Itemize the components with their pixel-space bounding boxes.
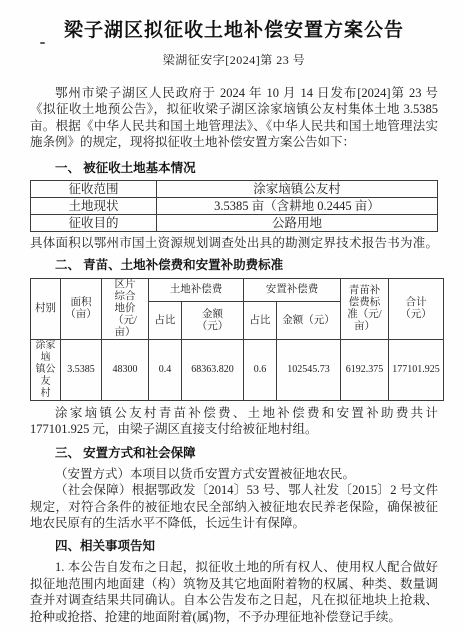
cell-area: 3.5385 [61,340,102,401]
doc-title: 梁子湖区拟征收土地补偿安置方案公告 [30,15,438,42]
col-header-land-amount: 金额 （元） [182,302,244,340]
section3-paragraph-1: （安置方式）本项目以货币安置方式安置被征地农民。 [30,466,438,482]
col-header-area: 面积 （亩） [61,279,102,340]
col-header-land-comp-group: 土地补偿费 [149,279,244,302]
col-header-village: 村别 [31,279,61,340]
col-header-total: 合计 （元） [389,279,444,340]
row-label: 征收范围 [31,180,157,197]
col-header-resettle-amount: 金额（元） [277,302,341,340]
row-value: 3.5385 亩（含耕地 0.2445 亩） [157,197,438,214]
cell-land-ratio: 0.4 [149,340,182,401]
col-header-land-ratio: 占比 [149,302,182,340]
doc-number: 梁湖征安字[2024]第 23 号 [30,51,438,68]
cell-district-price: 48300 [102,340,149,401]
cell-village: 涂家垴 镇公友 村 [31,340,61,401]
section4-paragraph-1: 1. 本公告自发布之日起，拟征收土地的所有权人、使用权人配合做好拟征地范围内地面… [30,559,438,625]
document-page: 梁子湖区拟征收土地补偿安置方案公告 梁湖征安字[2024]第 23 号 鄂州市梁… [0,0,465,633]
compensation-standard-table: 村别 面积 （亩） 区片 综合 地价 （元/ 亩） 土地补偿费 安置补偿费 青苗… [30,278,444,401]
section4-heading: 四、相关事项告知 [30,538,438,554]
col-header-resettle-group: 安置补偿费 [244,279,341,302]
section1-note: 具体面积以鄂州市国土资源规划调查处出具的勘测定界技术报告书为准。 [30,235,438,251]
col-header-seedling: 青苗补 偿费标 准（元/ 亩） [341,279,389,340]
row-value: 公路用地 [157,214,438,231]
row-label: 土地现状 [31,197,157,214]
table-row: 征收范围 涂家垴镇公友村 [31,180,438,197]
section1-heading: 一、 被征收土地基本情况 [30,160,438,176]
header-group-row: 村别 面积 （亩） 区片 综合 地价 （元/ 亩） 土地补偿费 安置补偿费 青苗… [31,279,444,302]
row-value: 涂家垴镇公友村 [157,180,438,197]
col-header-district-price: 区片 综合 地价 （元/ 亩） [102,279,149,340]
cell-total: 177101.925 [389,340,444,401]
cell-land-amount: 68363.820 [182,340,244,401]
scan-speck [40,42,45,44]
section2-heading: 二、 青苗、土地补偿费和安置补助费标准 [30,257,438,273]
cell-resettle-amount: 102545.73 [277,340,341,401]
table-row: 土地现状 3.5385 亩（含耕地 0.2445 亩） [31,197,438,214]
row-label: 征收目的 [31,214,157,231]
land-basic-info-table: 征收范围 涂家垴镇公友村 土地现状 3.5385 亩（含耕地 0.2445 亩）… [30,180,438,232]
intro-paragraph: 鄂州市梁子湖区人民政府于 2024 年 10 月 14 日发布[2024]第 2… [30,85,438,151]
cell-resettle-ratio: 0.6 [244,340,277,401]
col-header-resettle-ratio: 占比 [244,302,277,340]
cell-seedling: 6192.375 [341,340,389,401]
section3-heading: 三、 安置方式和社会保障 [30,445,438,461]
table-row: 征收目的 公路用地 [31,214,438,231]
section2-note: 涂家垴镇公友村青苗补偿费、土地补偿费和安置补助费共计 177101.925 元，… [30,405,438,438]
table-row: 涂家垴 镇公友 村 3.5385 48300 0.4 68363.820 0.6… [31,340,444,401]
section3-paragraph-2: （社会保障）根据鄂政发〔2014〕53 号、鄂人社发〔2015〕2 号文件规定，… [30,482,438,531]
